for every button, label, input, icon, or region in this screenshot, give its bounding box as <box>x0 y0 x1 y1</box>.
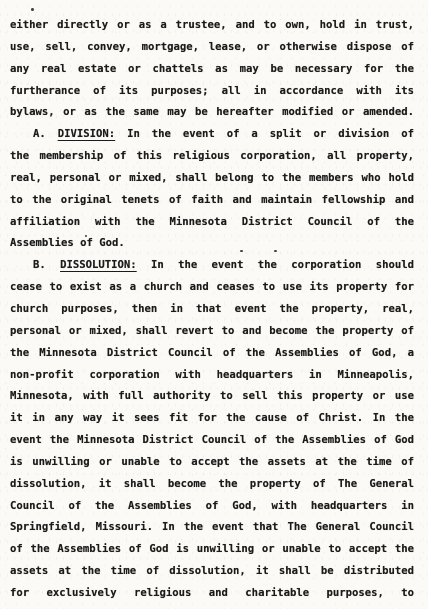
text-line: Springfield, Missouri. In the event that… <box>10 517 414 539</box>
scan-speck <box>31 8 34 11</box>
section-letter: A. <box>33 128 46 140</box>
text-line: dissolution, it shall become the propert… <box>10 474 414 496</box>
text-line: any real estate or chattels as may be ne… <box>10 59 414 81</box>
text-line: to the original tenets of faith and main… <box>10 190 414 212</box>
text-line: non-profit corporation with headquarters… <box>10 365 414 387</box>
section-heading: DIVISION: <box>58 128 115 140</box>
text-line: bylaws, or as the same may be hereafter … <box>10 102 414 124</box>
text-line: Minnesota, with full authority to sell t… <box>10 386 414 408</box>
section-heading: DISSOLUTION: <box>60 259 137 271</box>
text-line: either directly or as a trustee, and to … <box>10 15 414 37</box>
text-line: furtherance of its purposes; all in acco… <box>10 81 414 103</box>
text-line: cease to exist as a church and ceases to… <box>10 277 414 299</box>
text-line: event the Minnesota District Council of … <box>10 430 414 452</box>
text-line: assets at the time of dissolution, it sh… <box>10 561 414 583</box>
text-line: Council of the Assemblies of God, with h… <box>10 496 414 518</box>
text-line: B. DISSOLUTION: In the event the corpora… <box>10 255 414 277</box>
text-line: use, sell, convey, mortgage, lease, or o… <box>10 37 414 59</box>
document-page: either directly or as a trustee, and to … <box>0 0 428 609</box>
text-block: either directly or as a trustee, and to … <box>10 15 414 605</box>
text-line: the Minnesota District Council of the As… <box>10 343 414 365</box>
scan-speck <box>85 235 87 237</box>
section-letter: B. <box>33 259 46 271</box>
scan-speck <box>240 250 243 252</box>
text-run: In the event of a split or division of <box>127 128 414 140</box>
text-line: Assemblies of God. <box>10 233 414 255</box>
text-line: affiliation with the Minnesota District … <box>10 212 414 234</box>
scan-speck <box>274 250 277 252</box>
text-line: church purposes, then in that event the … <box>10 299 414 321</box>
text-line: of the Assemblies of God is unwilling or… <box>10 539 414 561</box>
text-line: it in any way it sees fit for the cause … <box>10 408 414 430</box>
text-line: real, personal or mixed, shall belong to… <box>10 168 414 190</box>
text-line: personal or mixed, shall revert to and b… <box>10 321 414 343</box>
text-line: is unwilling or unable to accept the ass… <box>10 452 414 474</box>
text-run: In the event the corporation should <box>151 259 414 271</box>
text-line: for exclusively religious and charitable… <box>10 583 414 605</box>
text-line: the membership of this religious corpora… <box>10 146 414 168</box>
text-line: A. DIVISION: In the event of a split or … <box>10 124 414 146</box>
